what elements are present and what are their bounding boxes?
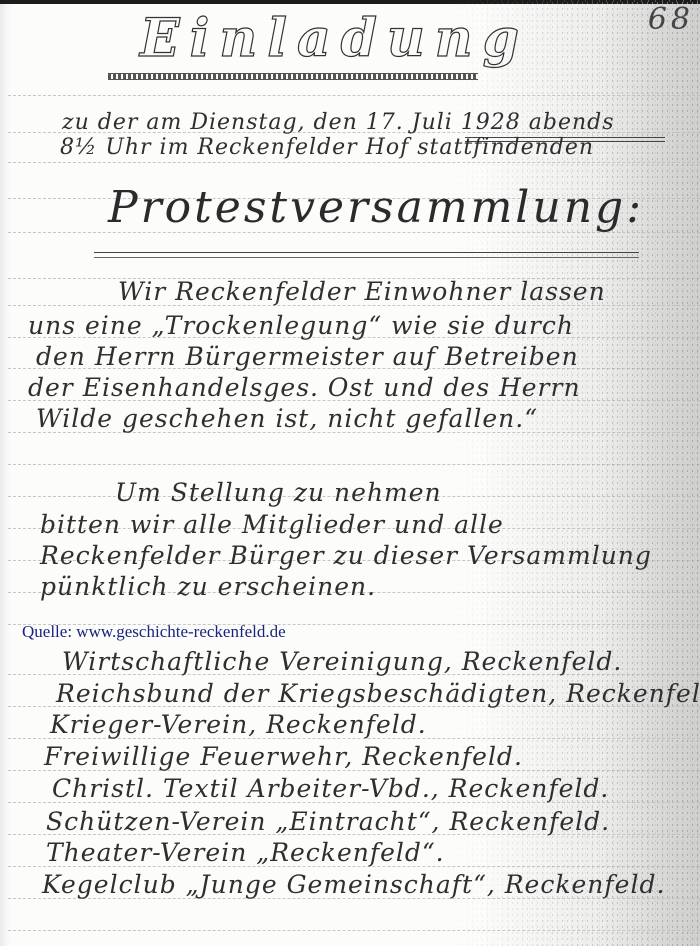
event-title-underline <box>94 252 639 258</box>
paragraph-2-line: Um Stellung zu nehmen <box>115 478 442 507</box>
paragraph-1-line: Wilde geschehen ist, nicht gefallen.“ <box>36 404 538 433</box>
page-number: 68 <box>648 2 694 37</box>
document-title: Einladung <box>140 8 529 69</box>
scan-top-edge <box>0 0 700 4</box>
paragraph-2-line: Reckenfelder Bürger zu dieser Versammlun… <box>40 541 652 570</box>
source-attribution: Quelle: www.geschichte-reckenfeld.de <box>22 622 286 642</box>
ruled-line <box>8 930 700 931</box>
ruled-line <box>8 464 700 465</box>
organization-signatory: Kegelclub „Junge Gemeinschaft“, Reckenfe… <box>42 870 665 899</box>
title-underline <box>108 73 478 80</box>
paragraph-1-line: den Herrn Bürgermeister auf Betreiben <box>36 342 579 371</box>
scanned-document-page: 68 Einladung zu der am Dienstag, den 17.… <box>0 0 700 946</box>
organization-signatory: Christl. Textil Arbeiter-Vbd., Reckenfel… <box>52 774 609 803</box>
ruled-line <box>8 95 700 96</box>
organization-signatory: Freiwillige Feuerwehr, Reckenfeld. <box>44 742 523 771</box>
paragraph-2-line: bitten wir alle Mitglieder und alle <box>40 510 504 539</box>
organization-signatory: Reichsbund der Kriegsbeschädigten, Recke… <box>56 679 700 708</box>
event-title: Protestversammlung: <box>108 182 644 233</box>
paragraph-1-line: der Eisenhandelsges. Ost und des Herrn <box>28 373 581 402</box>
intro-line-1: zu der am Dienstag, den 17. Juli 1928 ab… <box>62 110 615 135</box>
organization-signatory: Theater-Verein „Reckenfeld“. <box>46 838 445 867</box>
paragraph-1-line: Wir Reckenfelder Einwohner lassen <box>118 277 606 306</box>
organization-signatory: Schützen-Verein „Eintracht“, Reckenfeld. <box>46 807 610 836</box>
paragraph-1-line: uns eine „Trockenlegung“ wie sie durch <box>28 311 574 340</box>
organization-signatory: Krieger-Verein, Reckenfeld. <box>50 710 427 739</box>
ruled-line <box>8 162 700 163</box>
organization-signatory: Wirtschaftliche Vereinigung, Reckenfeld. <box>62 647 622 676</box>
intro-line-2: 8½ Uhr im Reckenfelder Hof stattfindende… <box>60 135 594 160</box>
paragraph-2-line: pünktlich zu erscheinen. <box>40 572 376 601</box>
